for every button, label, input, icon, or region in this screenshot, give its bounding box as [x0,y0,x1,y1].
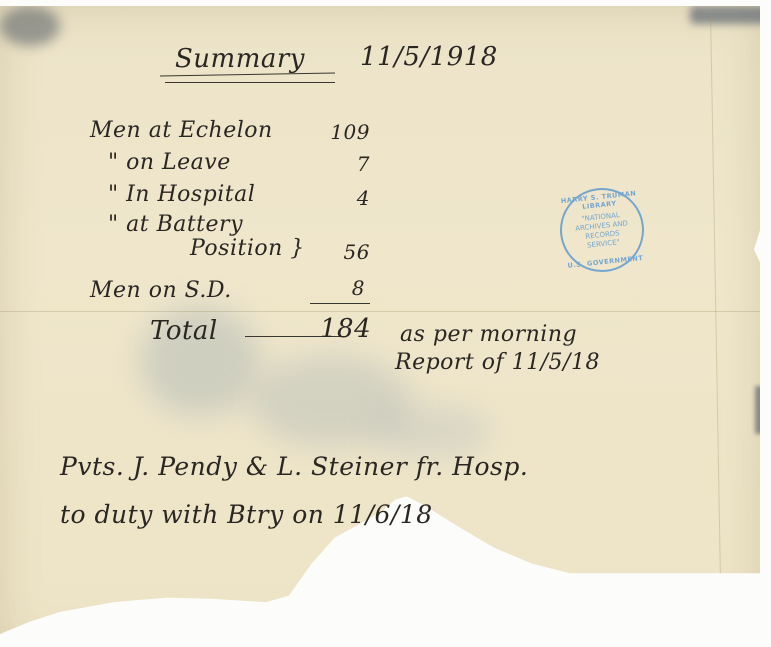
row-value-echelon: 109 [310,120,370,144]
edge-shadow [690,6,770,24]
footnote-line1: Pvts. J. Pendy & L. Steiner fr. Hosp. [60,452,528,481]
footnote-line2: to duty with Btry on 11/6/18 [60,500,433,529]
total-note-line1: as per morning [400,322,577,347]
total-rule [310,303,370,304]
total-label: Total [150,316,218,346]
fold-line [710,16,721,576]
row-value-sd: 8 [305,276,365,300]
total-note-line2: Report of 11/5/18 [395,350,600,375]
row-value-hospital: 4 [310,186,370,210]
heading-date: 11/5/1918 [360,42,498,72]
row-label-echelon: Men at Echelon [90,118,273,143]
row-label-leave: " on Leave [108,150,231,175]
total-value: 184 [320,314,371,344]
row-label-hospital: " In Hospital [108,182,255,207]
row-label-battery: " at Battery [108,212,243,237]
row-label-sd: Men on S.D. [90,278,232,303]
water-stain [370,406,490,456]
heading-underline [165,82,335,83]
row-value-leave: 7 [310,152,370,176]
corner-shadow [0,6,60,46]
row-label-battery-line2: Position } [190,236,305,261]
stamp-inner-text: "NATIONAL ARCHIVES AND RECORDS SERVICE" [574,210,630,251]
archive-stamp: HARRY S. TRUMAN LIBRARY "NATIONAL ARCHIV… [556,184,648,276]
row-value-battery: 56 [310,240,370,264]
summary-heading: Summary [175,44,305,74]
fold-line [0,311,760,312]
